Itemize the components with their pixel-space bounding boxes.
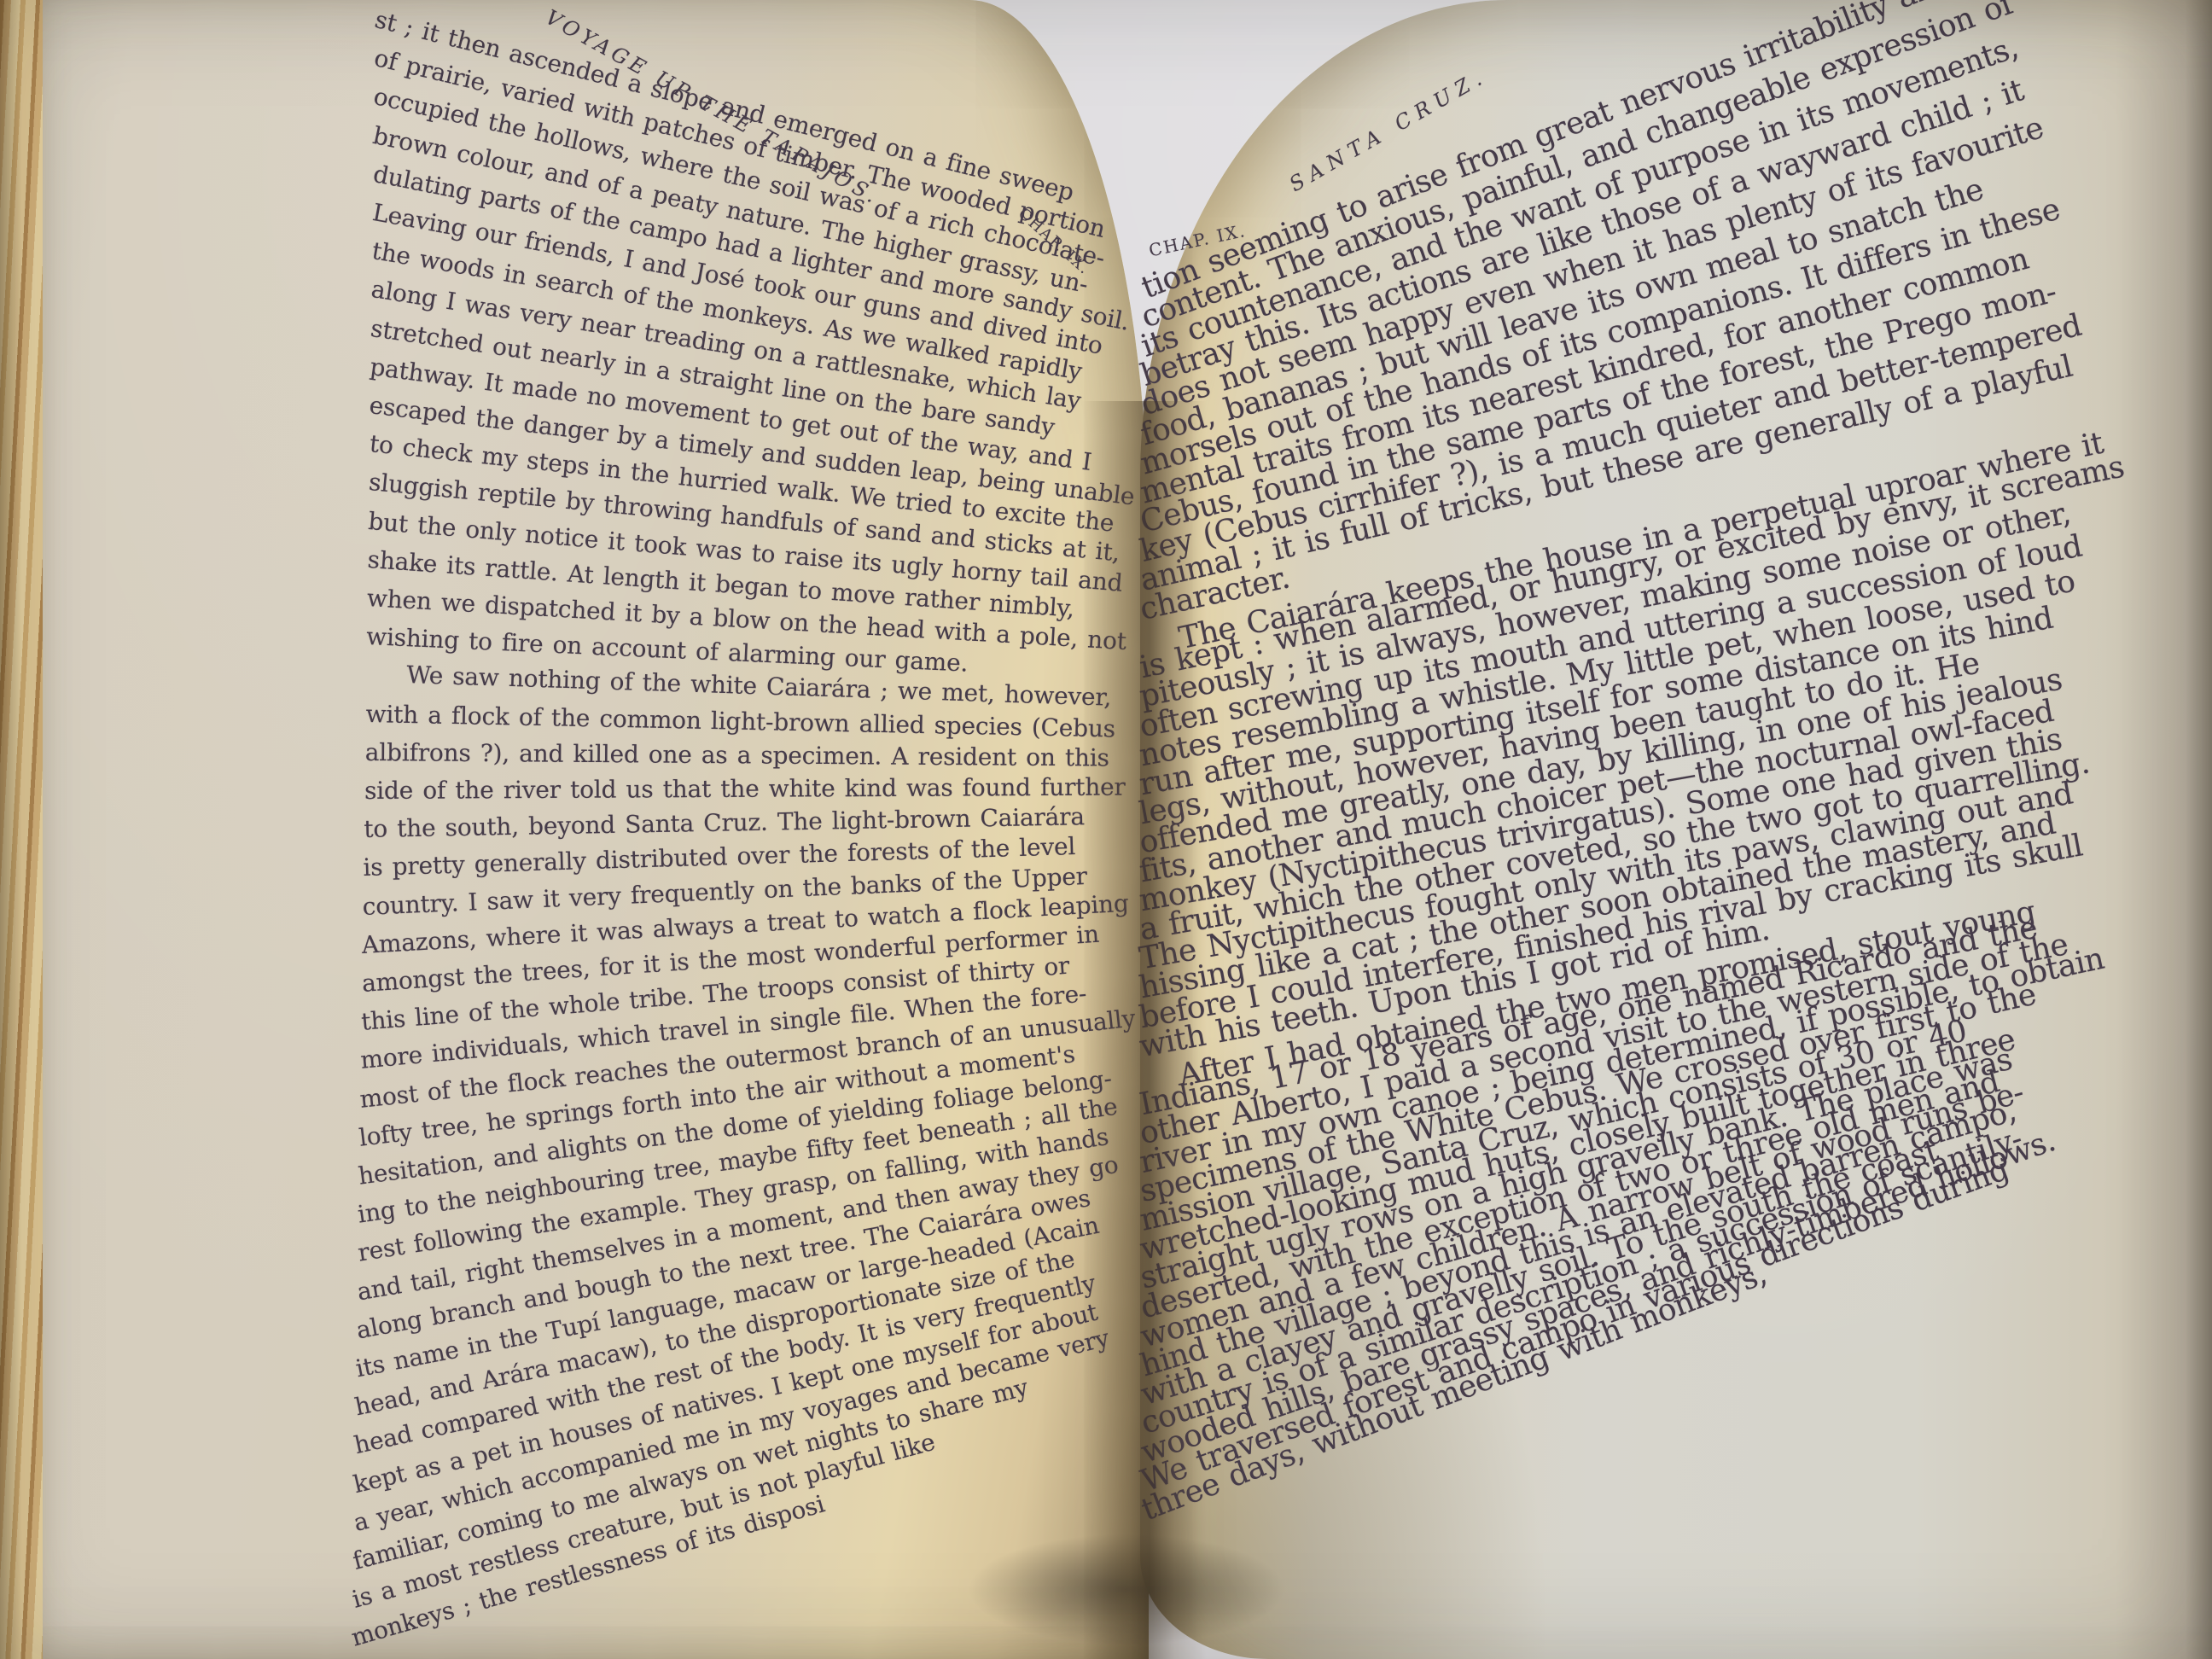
gutter-shadow bbox=[1082, 401, 1207, 1659]
book-photo-scene: VOYAGE UP THE TAPAJOS. CHAP. IX. SANTA C… bbox=[0, 0, 2212, 1659]
text-line: side of the river told us that the white… bbox=[364, 773, 1126, 805]
text-line: albifrons ?), and killed one as a specim… bbox=[364, 738, 1109, 772]
